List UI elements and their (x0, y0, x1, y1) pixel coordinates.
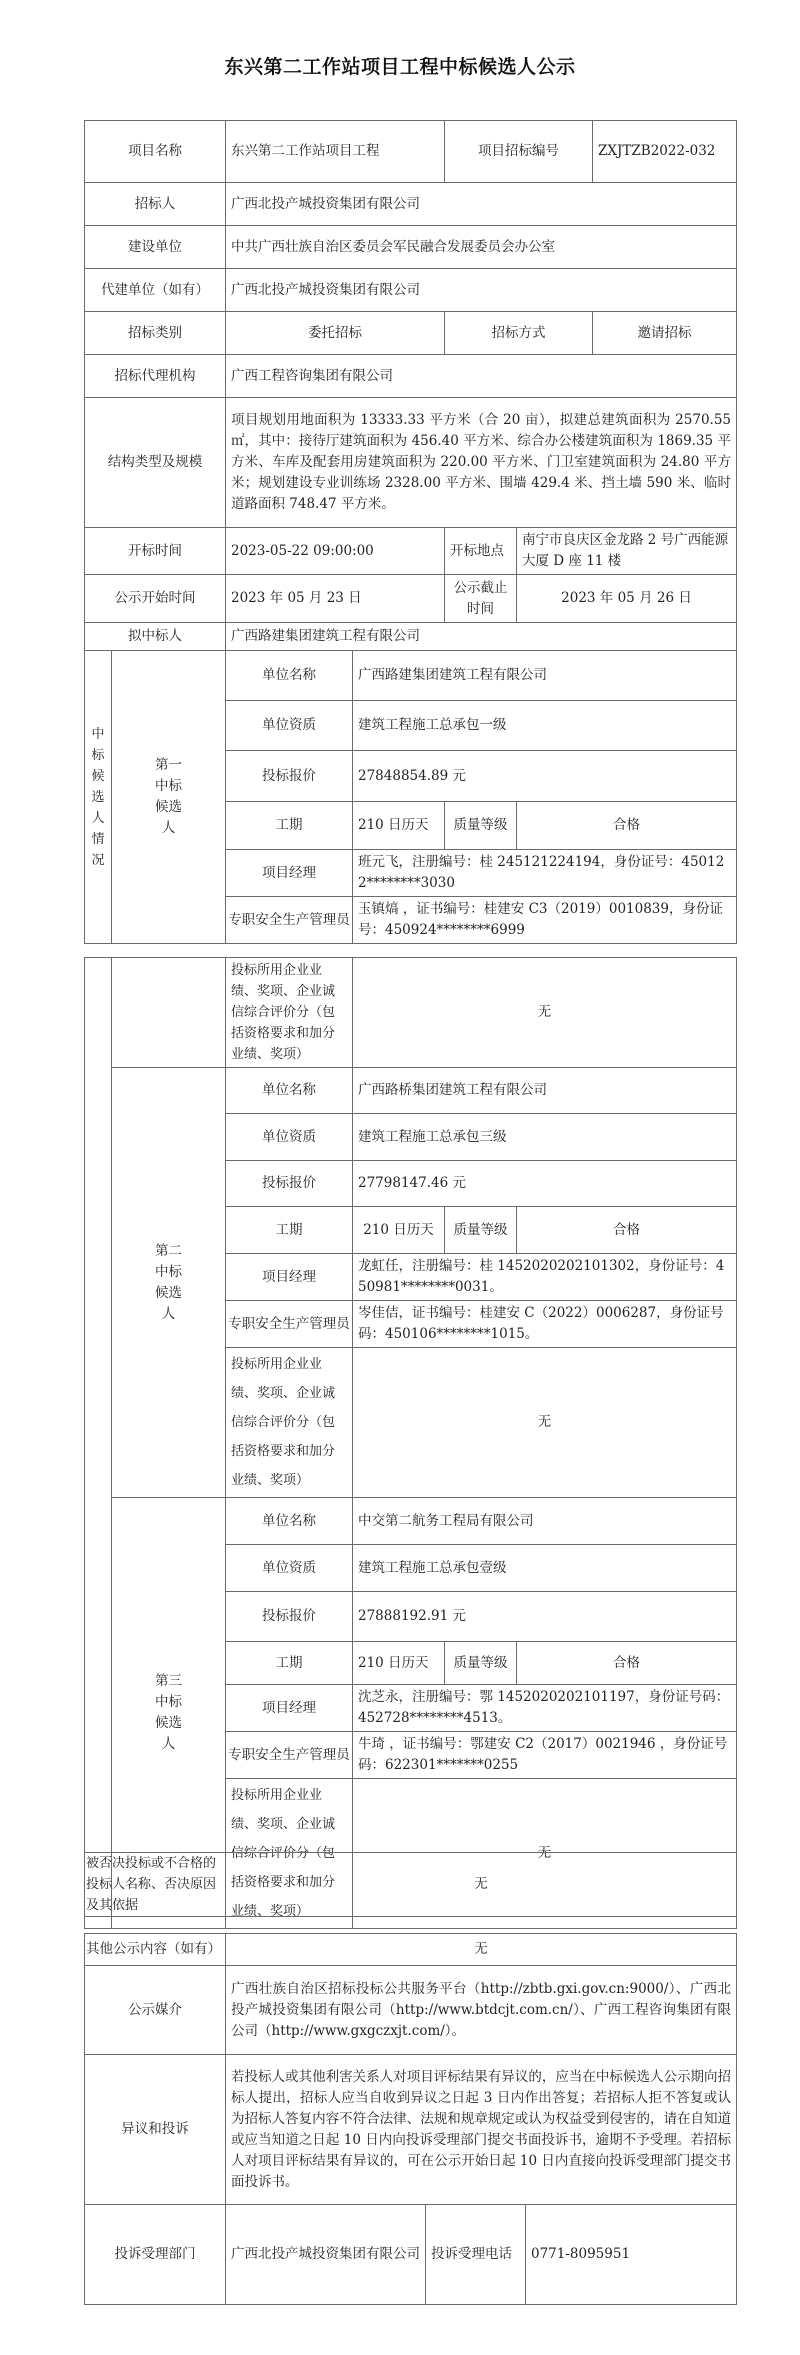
safety-label: 专职安全生产管理员 (226, 1301, 353, 1348)
tender-category-value: 委托招标 (226, 312, 445, 355)
row-agent-builder: 代建单位（如有） 广西北投产城投资集团有限公司 (85, 269, 737, 312)
other-row: 其他公示内容（如有） 无 (85, 1934, 737, 1966)
candidate-1-quality: 合格 (517, 802, 737, 850)
tender-method-label: 招标方式 (445, 312, 593, 355)
objection-value: 若投标人或其他利害关系人对项目评标结果有异议的，应当在中标候选人公示期向招标人提… (226, 2055, 737, 2205)
project-code-label: 项目招标编号 (445, 121, 593, 183)
safety-label: 专职安全生产管理员 (226, 1732, 353, 1779)
candidate-3-qualification: 建筑工程施工总承包壹级 (353, 1545, 737, 1592)
notice-end-label: 公示截止时间 (445, 575, 517, 623)
candidate-2-qualification: 建筑工程施工总承包三级 (353, 1114, 737, 1161)
candidate-1-performance: 无 (353, 958, 737, 1068)
project-code-value: ZXJTZB2022-032 (593, 121, 737, 183)
pm-label: 项目经理 (226, 1685, 353, 1732)
duration-label: 工期 (226, 1207, 353, 1254)
tender-method-value: 邀请招标 (593, 312, 737, 355)
candidate-3-quality: 合格 (517, 1642, 737, 1685)
other-value: 无 (226, 1934, 737, 1966)
pm-label: 项目经理 (226, 1254, 353, 1301)
open-time-label: 开标时间 (85, 528, 226, 575)
open-time-value: 2023-05-22 09:00:00 (226, 528, 445, 575)
candidate-2-rank-label: 第二中标候选人 (155, 1243, 182, 1322)
qualification-label: 单位资质 (226, 1545, 353, 1592)
objection-label: 异议和投诉 (85, 2055, 226, 2205)
candidate-2-safety: 岑佳佶，证书编号：桂建安 C（2022）0006287，身份证号码：450106… (353, 1301, 737, 1348)
builder-value: 中共广西壮族自治区委员会军民融合发展委员会办公室 (226, 226, 737, 269)
project-name-value: 东兴第二工作站项目工程 (226, 121, 445, 183)
candidate-3-duration: 210 日历天 (353, 1642, 445, 1685)
candidate-2-duration: 210 日历天 (353, 1207, 445, 1254)
candidate-3-safety: 牛琦 ，证书编号：鄂建安 C2（2017）0021946 ，身份证号码：6223… (353, 1732, 737, 1779)
complaint-dept-value: 广西北投产城投资集团有限公司 (226, 2205, 426, 2305)
candidate-1-performance-row: 投标所用企业业绩、奖项、企业诚信综合评价分（包括资格要求和加分业绩、奖项） 无 (85, 958, 737, 1068)
row-tenderer: 招标人 广西北投产城投资集团有限公司 (85, 183, 737, 226)
agent-builder-label: 代建单位（如有） (85, 269, 226, 312)
media-label: 公示媒介 (85, 1966, 226, 2055)
rejected-label: 被否决投标或不合格的投标人名称、否决原因及其依据 (85, 1853, 226, 1917)
agent-builder-value: 广西北投产城投资集团有限公司 (226, 269, 737, 312)
section-left-blank (85, 958, 112, 1929)
page-title: 东兴第二工作站项目工程中标候选人公示 (0, 52, 800, 79)
notice-start-label: 公示开始时间 (85, 575, 226, 623)
candidate-2-pm: 龙虹任，注册编号：桂 1452020202101302，身份证号：450981*… (353, 1254, 737, 1301)
bid-price-label: 投标报价 (226, 1161, 353, 1207)
row-agency: 招标代理机构 广西工程咨询集团有限公司 (85, 355, 737, 398)
candidate-2-rank: 第二中标候选人 (112, 1068, 226, 1498)
open-place-value: 南宁市良庆区金龙路 2 号广西能源大厦 D 座 11 楼 (517, 528, 737, 575)
rejected-row: 被否决投标或不合格的投标人名称、否决原因及其依据 无 (85, 1853, 737, 1917)
scale-value: 项目规划用地面积为 13333.33 平方米（合 20 亩），拟建总建筑面积为 … (226, 398, 737, 528)
project-name-label: 项目名称 (85, 121, 226, 183)
row-tender-category: 招标类别 委托招标 招标方式 邀请招标 (85, 312, 737, 355)
candidate-1-unit-name: 广西路建集团建筑工程有限公司 (353, 651, 737, 701)
candidate-1-rank-continued (112, 958, 226, 1068)
unit-name-label: 单位名称 (226, 1068, 353, 1114)
candidate-3-unit-name: 中交第二航务工程局有限公司 (353, 1498, 737, 1545)
row-proposed-winner: 拟中标人 广西路建集团建筑工程有限公司 (85, 623, 737, 651)
performance-label: 投标所用企业业绩、奖项、企业诚信综合评价分（包括资格要求和加分业绩、奖项） (226, 1348, 353, 1498)
complaint-dept-label: 投诉受理部门 (85, 2205, 226, 2305)
unit-name-label: 单位名称 (226, 651, 353, 701)
tenderer-label: 招标人 (85, 183, 226, 226)
tenderer-value: 广西北投产城投资集团有限公司 (226, 183, 737, 226)
media-row: 公示媒介 广西壮族自治区招标投标公共服务平台（http://zbtb.gxi.g… (85, 1966, 737, 2055)
row-open-time: 开标时间 2023-05-22 09:00:00 开标地点 南宁市良庆区金龙路 … (85, 528, 737, 575)
candidate-1-bid-price: 27848854.89 元 (353, 751, 737, 802)
pm-label: 项目经理 (226, 850, 353, 897)
candidate-2-quality: 合格 (517, 1207, 737, 1254)
complaint-phone-value: 0771-8095951 (526, 2205, 737, 2305)
other-label: 其他公示内容（如有） (85, 1934, 226, 1966)
bid-price-label: 投标报价 (226, 751, 353, 802)
builder-label: 建设单位 (85, 226, 226, 269)
quality-label: 质量等级 (445, 1642, 517, 1685)
rejected-value: 无 (226, 1853, 737, 1917)
candidate-3-unit-row: 第三中标候选人 单位名称 中交第二航务工程局有限公司 (85, 1498, 737, 1545)
duration-label: 工期 (226, 802, 353, 850)
candidate-1-rank-label: 第一中标候选人 (155, 757, 182, 836)
qualification-label: 单位资质 (226, 701, 353, 751)
row-notice-time: 公示开始时间 2023 年 05 月 23 日 公示截止时间 2023 年 05… (85, 575, 737, 623)
candidate-1-rank: 第一中标候选人 (112, 651, 226, 944)
complaint-row: 投诉受理部门 广西北投产城投资集团有限公司 投诉受理电话 0771-809595… (85, 2205, 737, 2305)
footer-table: 其他公示内容（如有） 无 公示媒介 广西壮族自治区招标投标公共服务平台（http… (84, 1933, 737, 2305)
proposed-winner-label: 拟中标人 (85, 623, 226, 651)
performance-label: 投标所用企业业绩、奖项、企业诚信综合评价分（包括资格要求和加分业绩、奖项） (226, 958, 353, 1068)
candidate-3-pm: 沈芝永，注册编号：鄂 1452020202101197，身份证号码：452728… (353, 1685, 737, 1732)
scale-label: 结构类型及规模 (85, 398, 226, 528)
bid-price-label: 投标报价 (226, 1592, 353, 1642)
row-builder: 建设单位 中共广西壮族自治区委员会军民融合发展委员会办公室 (85, 226, 737, 269)
candidate-2-unit-name: 广西路桥集团建筑工程有限公司 (353, 1068, 737, 1114)
candidates-section-label: 中标候选人情况 (85, 651, 112, 944)
objection-row: 异议和投诉 若投标人或其他利害关系人对项目评标结果有异议的，应当在中标候选人公示… (85, 2055, 737, 2205)
qualification-label: 单位资质 (226, 1114, 353, 1161)
complaint-phone-label: 投诉受理电话 (426, 2205, 526, 2305)
row-project-name: 项目名称 东兴第二工作站项目工程 项目招标编号 ZXJTZB2022-032 (85, 121, 737, 183)
candidate-3-rank-label: 第三中标候选人 (155, 1673, 182, 1752)
candidate-2-unit-row: 第二中标候选人 单位名称 广西路桥集团建筑工程有限公司 (85, 1068, 737, 1114)
candidate-1-qualification: 建筑工程施工总承包一级 (353, 701, 737, 751)
safety-label: 专职安全生产管理员 (226, 897, 353, 944)
tender-category-label: 招标类别 (85, 312, 226, 355)
row-scale: 结构类型及规模 项目规划用地面积为 13333.33 平方米（合 20 亩），拟… (85, 398, 737, 528)
basic-info-table: 项目名称 东兴第二工作站项目工程 项目招标编号 ZXJTZB2022-032 招… (84, 120, 737, 944)
quality-label: 质量等级 (445, 802, 517, 850)
candidate-3-bid-price: 27888192.91 元 (353, 1592, 737, 1642)
notice-end-value: 2023 年 05 月 26 日 (517, 575, 737, 623)
open-place-label: 开标地点 (445, 528, 517, 575)
candidate-1-safety: 玉镇熇 ，证书编号：桂建安 C3（2019）0010839，身份证号：45092… (353, 897, 737, 944)
candidates-table: 投标所用企业业绩、奖项、企业诚信综合评价分（包括资格要求和加分业绩、奖项） 无 … (84, 957, 737, 1929)
duration-label: 工期 (226, 1642, 353, 1685)
agency-label: 招标代理机构 (85, 355, 226, 398)
candidate-1-unit-row: 中标候选人情况 第一中标候选人 单位名称 广西路建集团建筑工程有限公司 (85, 651, 737, 701)
rejected-table: 被否决投标或不合格的投标人名称、否决原因及其依据 无 (84, 1852, 737, 1917)
quality-label: 质量等级 (445, 1207, 517, 1254)
media-value: 广西壮族自治区招标投标公共服务平台（http://zbtb.gxi.gov.cn… (226, 1966, 737, 2055)
unit-name-label: 单位名称 (226, 1498, 353, 1545)
candidate-2-performance: 无 (353, 1348, 737, 1498)
candidate-1-duration: 210 日历天 (353, 802, 445, 850)
candidate-2-bid-price: 27798147.46 元 (353, 1161, 737, 1207)
notice-start-value: 2023 年 05 月 23 日 (226, 575, 445, 623)
candidate-1-pm: 班元飞，注册编号：桂 245121224194，身份证号：450122*****… (353, 850, 737, 897)
proposed-winner-value: 广西路建集团建筑工程有限公司 (226, 623, 737, 651)
agency-value: 广西工程咨询集团有限公司 (226, 355, 737, 398)
